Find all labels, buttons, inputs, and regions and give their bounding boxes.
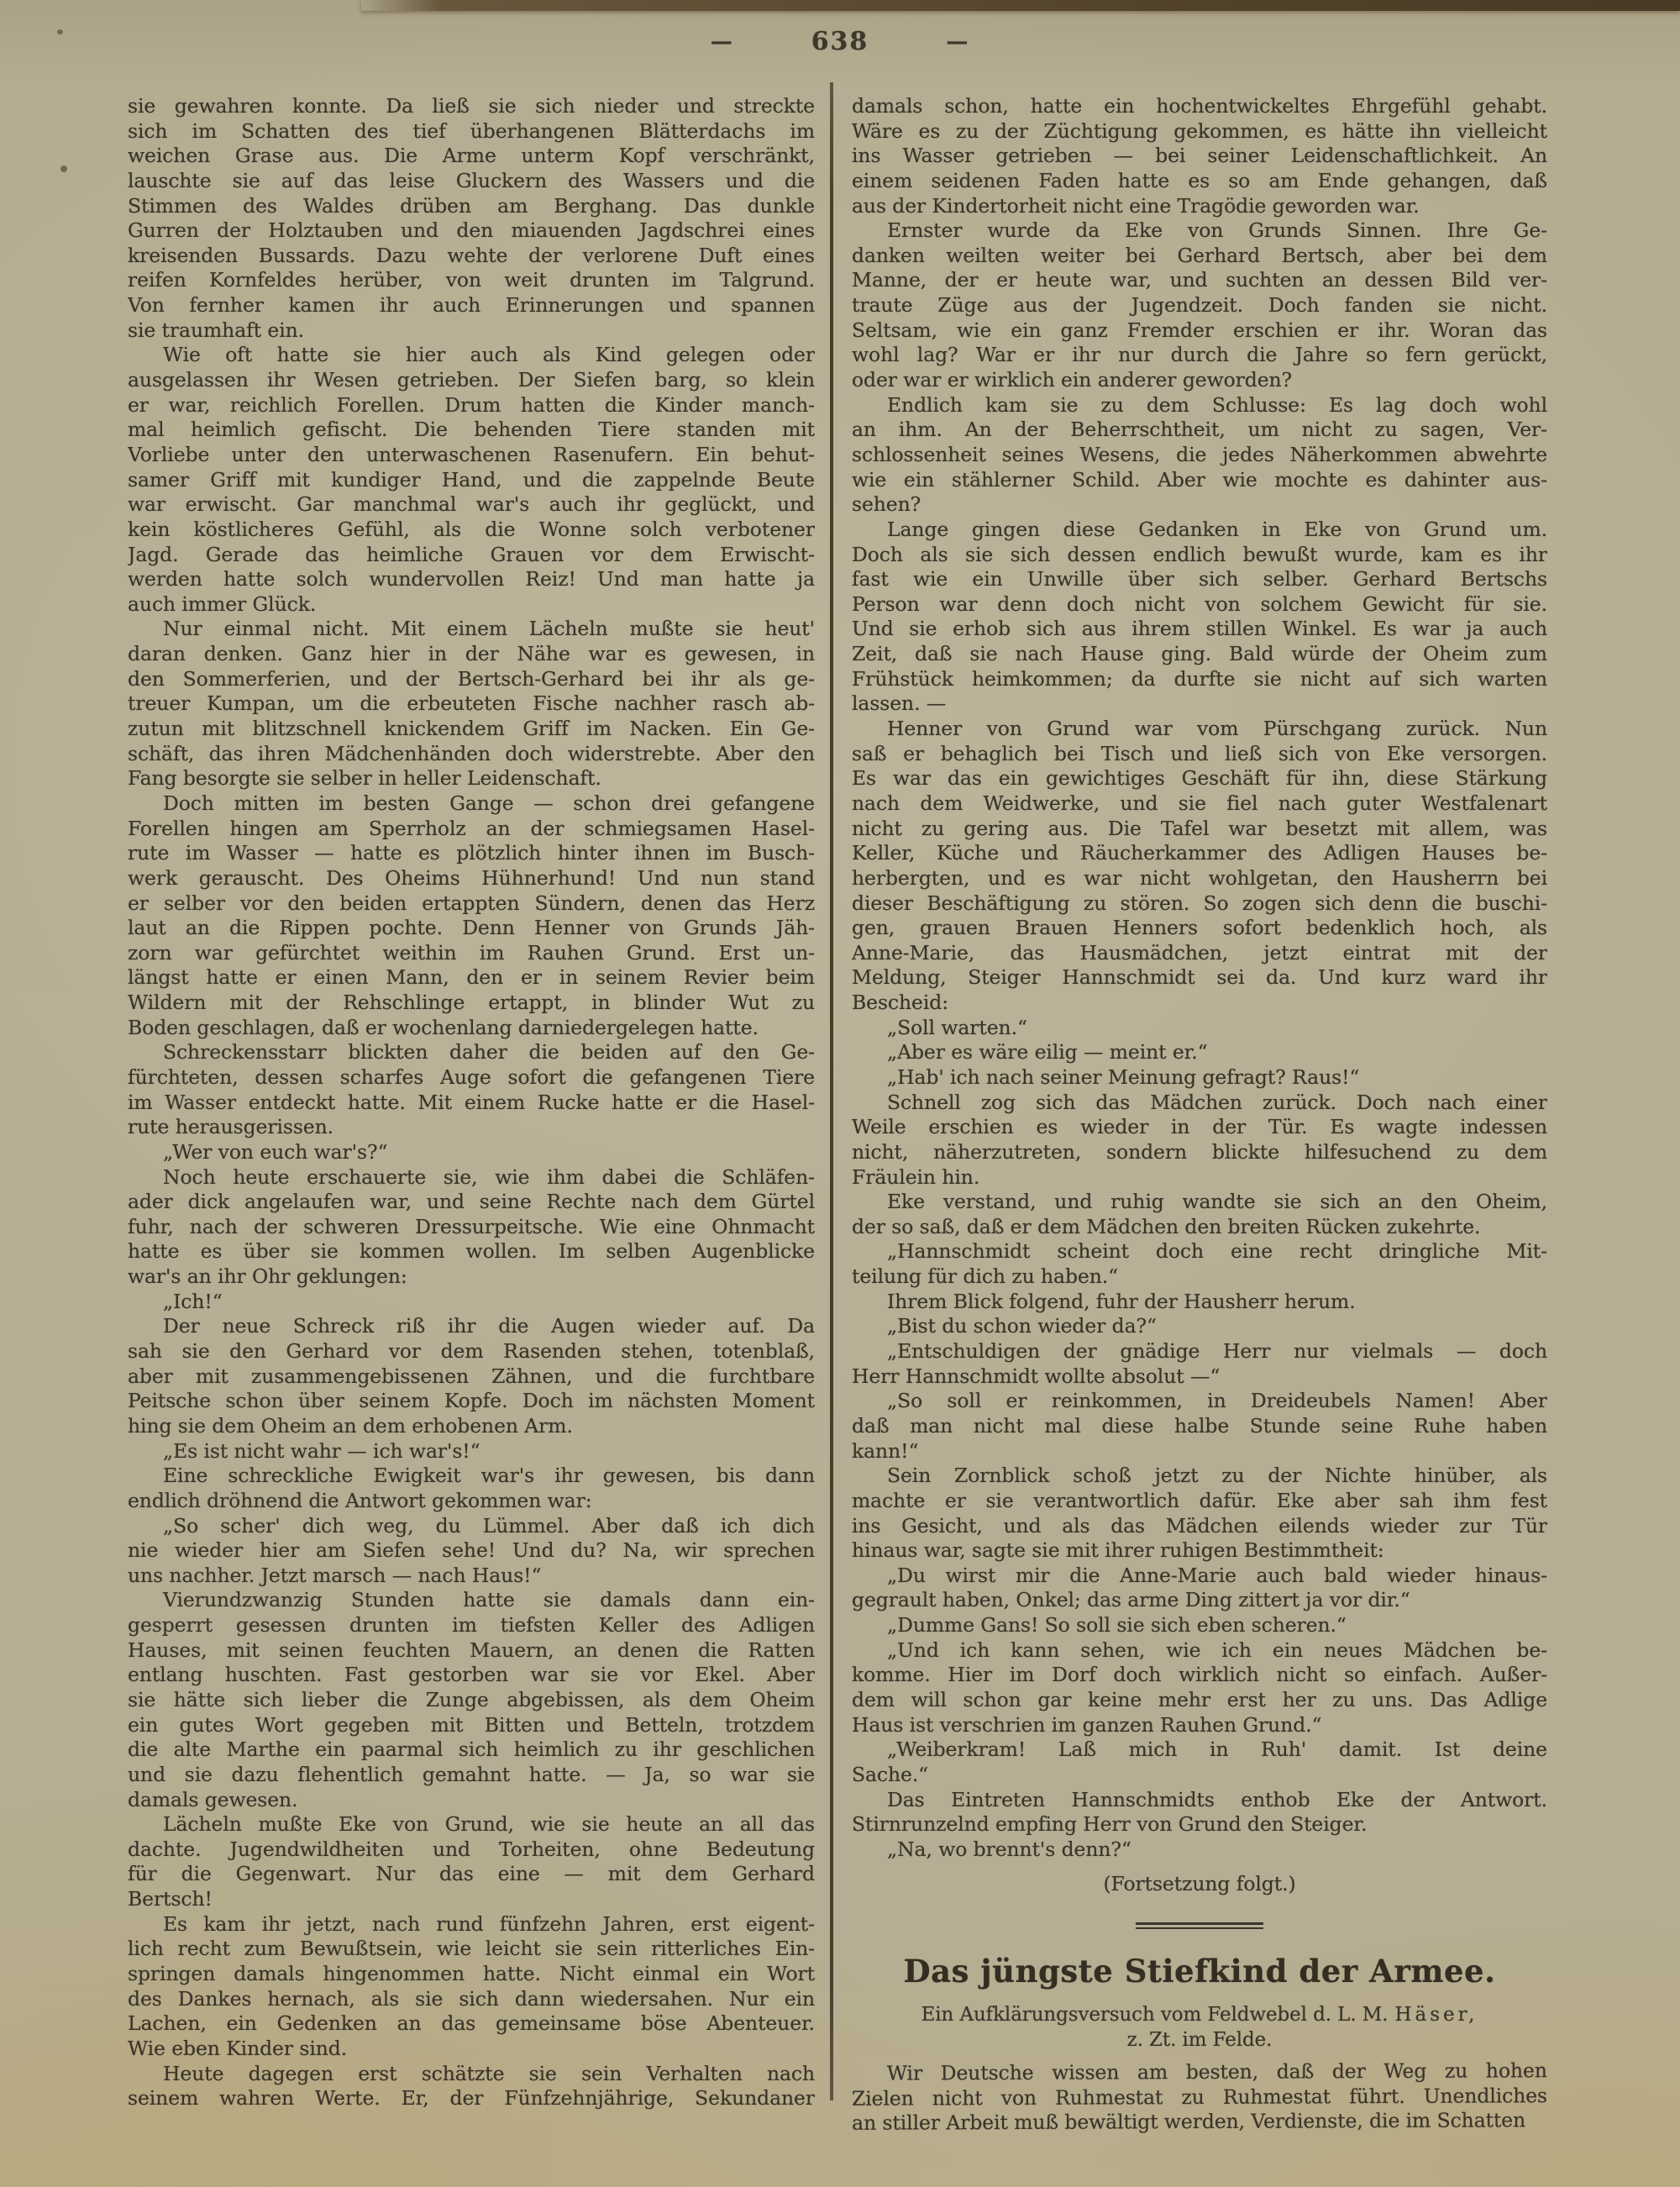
text-line: fuhr, nach der schweren Dressurpeitsche.… <box>128 1215 815 1240</box>
text-line: damals gewesen. <box>128 1788 815 1813</box>
text-line: schäft, das ihren Mädchenhänden doch wid… <box>128 742 815 767</box>
text-line: uns nachher. Jetzt marsch — nach Haus!“ <box>128 1564 815 1589</box>
text-line: er war, reichlich Forellen. Drum hatten … <box>128 393 815 418</box>
continuation-note: (Fortsetzung folgt.) <box>852 1872 1547 1897</box>
text-line: „So soll er reinkommen, in Dreideubels N… <box>852 1389 1547 1414</box>
text-line: Noch heute erschauerte sie, wie ihm dabe… <box>128 1165 815 1191</box>
text-line: wohl lag? War er ihr nur durch die Jahre… <box>852 343 1547 368</box>
text-line: Bescheid: <box>852 991 1547 1016</box>
text-line: kreisenden Bussards. Dazu wehte der verl… <box>128 244 815 269</box>
text-line: „Es ist nicht wahr — ich war's!“ <box>128 1439 815 1464</box>
text-line: „Aber es wäre eilig — meint er.“ <box>852 1040 1547 1065</box>
text-line: Wildern mit der Rehschlinge ertappt, in … <box>128 991 815 1016</box>
text-line: endlich dröhnend die Antwort gekommen wa… <box>128 1489 815 1514</box>
text-line: Das Eintreten Hannschmidts enthob Eke de… <box>852 1788 1547 1813</box>
text-line: „Bist du schon wieder da?“ <box>852 1314 1547 1339</box>
text-line: Ernster wurde da Eke von Grunds Sinnen. … <box>852 218 1547 244</box>
text-line: Von fernher kamen ihr auch Erinnerungen … <box>128 293 815 318</box>
text-line: Sein Zornblick schoß jetzt zu der Nichte… <box>852 1464 1547 1489</box>
text-line: Zielen nicht von Ruhmestat zu Ruhmestat … <box>852 2084 1547 2111</box>
text-line: den Sommerferien, und der Bertsch-Gerhar… <box>128 667 815 692</box>
text-line: Bertsch! <box>128 1887 815 1912</box>
text-line: des Dankes hernach, als sie sich dann wi… <box>128 1987 815 2012</box>
text-line: Jagd. Gerade das heimliche Grauen vor de… <box>128 543 815 568</box>
text-line: Frühstück heimkommen; da durfte sie nich… <box>852 667 1547 692</box>
text-line: mal heimlich gefischt. Die behenden Tier… <box>128 418 815 443</box>
text-line: hinaus war, sagte sie mit ihrer ruhigen … <box>852 1538 1547 1564</box>
text-line: und sie dazu flehentlich gemahnt hatte. … <box>128 1763 815 1788</box>
text-line: sehen? <box>852 492 1547 518</box>
text-line: „Weiberkram! Laß mich in Ruh' damit. Ist… <box>852 1738 1547 1763</box>
text-line: dem will schon gar keine mehr erst her z… <box>852 1688 1547 1713</box>
text-line: fast wie ein Unwille über sich selber. G… <box>852 567 1547 592</box>
paper-speck <box>60 166 67 172</box>
text-line: sah sie den Gerhard vor dem Rasenden ste… <box>128 1339 815 1364</box>
text-line: Zeit, daß sie nach Hause ging. Bald würd… <box>852 642 1547 667</box>
text-line: „Wer von euch war's?“ <box>128 1140 815 1165</box>
article-body: Wir Deutsche wissen am besten, daß der W… <box>852 2058 1547 2137</box>
text-line: Lachen, ein Gedenken an das gemeinsame b… <box>128 2011 815 2037</box>
text-line: Fräulein hin. <box>852 1165 1547 1191</box>
text-line: einem seidenen Faden hatte es so am Ende… <box>852 169 1547 194</box>
text-line: seinem wahren Werte. Er, der Fünfzehnjäh… <box>128 2086 815 2111</box>
text-line: gegrault haben, Onkel; das arme Ding zit… <box>852 1588 1547 1613</box>
text-line: auch immer Glück. <box>128 592 815 618</box>
text-line: war's an ihr Ohr geklungen: <box>128 1264 815 1290</box>
text-line: damals schon, hatte ein hochentwickeltes… <box>852 94 1547 119</box>
text-line: wie ein stählerner Schild. Aber wie moch… <box>852 468 1547 493</box>
text-line: machte er sie verantwortlich dafür. Eke … <box>852 1489 1547 1514</box>
text-line: sie gewahren konnte. Da ließ sie sich ni… <box>128 94 815 119</box>
text-line: ein gutes Wort gegeben mit Bitten und Be… <box>128 1713 815 1738</box>
text-line: längst hatte er einen Mann, den er in se… <box>128 965 815 991</box>
scanned-page: — 638 — sie gewahren konnte. Da ließ sie… <box>0 0 1680 2187</box>
article-byline-author: Häser, <box>1394 2004 1478 2026</box>
text-line: nicht zu gering aus. Die Tafel war beset… <box>852 817 1547 842</box>
left-column: sie gewahren konnte. Da ließ sie sich ni… <box>128 94 815 2111</box>
text-line: Stirnrunzelnd empfing Herr von Grund den… <box>852 1812 1547 1837</box>
text-line: lauschte sie auf das leise Gluckern des … <box>128 169 815 194</box>
page-header: — 638 — <box>711 27 970 56</box>
text-line: Fang besorgte sie selber in heller Leide… <box>128 766 815 791</box>
text-line: teilung für dich zu haben.“ <box>852 1264 1547 1290</box>
text-line: hing sie dem Oheim an dem erhobenen Arm. <box>128 1414 815 1439</box>
text-line: Doch mitten im besten Gange — schon drei… <box>128 791 815 817</box>
text-line: Wäre es zu der Züchtigung gekommen, es h… <box>852 119 1547 145</box>
text-line: rute im Wasser — hatte es plötzlich hint… <box>128 841 815 866</box>
section-separator-rule <box>1136 1922 1263 1929</box>
header-dash-right: — <box>946 29 969 55</box>
text-line: Anne-Marie, das Hausmädchen, jetzt eintr… <box>852 941 1547 966</box>
text-line: war erwischt. Gar manchmal war's auch ih… <box>128 492 815 518</box>
article-byline: Ein Aufklärungsversuch vom Feldwebel d. … <box>852 2002 1547 2027</box>
text-line: zorn war gefürchtet weithin im Rauhen Gr… <box>128 941 815 966</box>
text-line: weichen Grase aus. Die Arme unterm Kopf … <box>128 144 815 169</box>
text-line: ins Wasser getrieben — bei seiner Leiden… <box>852 144 1547 169</box>
text-line: ins Gesicht, und als das Mädchen eilends… <box>852 1514 1547 1539</box>
text-line: „Hannschmidt scheint doch eine recht dri… <box>852 1239 1547 1264</box>
text-line: „Soll warten.“ <box>852 1016 1547 1041</box>
text-line: Haus ist verschrien im ganzen Rauhen Gru… <box>852 1713 1547 1738</box>
text-line: Weile erschien es wieder in der Tür. Es … <box>852 1115 1547 1140</box>
text-line: saß er behaglich bei Tisch und ließ sich… <box>852 742 1547 767</box>
text-line: gesperrt gesessen drunten im tiefsten Ke… <box>128 1613 815 1638</box>
text-line: Stimmen des Waldes drüben am Berghang. D… <box>128 194 815 219</box>
article-title: Das jüngste Stiefkind der Armee. <box>852 1953 1547 1990</box>
text-line: entlang huschten. Fast gestorben war sie… <box>128 1663 815 1688</box>
text-line: Endlich kam sie zu dem Schlusse: Es lag … <box>852 393 1547 418</box>
text-line: oder war er wirklich ein anderer geworde… <box>852 368 1547 393</box>
text-line: sie traumhaft ein. <box>128 318 815 344</box>
text-line: kann!“ <box>852 1439 1547 1464</box>
text-line: herbergten, und es war nicht wohlgetan, … <box>852 866 1547 891</box>
text-line: Keller, Küche und Räucherkammer des Adli… <box>852 841 1547 866</box>
text-line: Lange gingen diese Gedanken in Eke von G… <box>852 518 1547 543</box>
text-line: Heute dagegen erst schätzte sie sein Ver… <box>128 2062 815 2087</box>
text-line: Boden geschlagen, daß er wochenlang darn… <box>128 1016 815 1041</box>
text-line: samer Griff mit kundiger Hand, und die z… <box>128 468 815 493</box>
text-line: Der neue Schreck riß ihr die Augen wiede… <box>128 1314 815 1339</box>
text-line: Schreckensstarr blickten daher die beide… <box>128 1040 815 1065</box>
text-line: Eke verstand, und ruhig wandte sie sich … <box>852 1190 1547 1215</box>
article-byline-place: z. Zt. im Felde. <box>852 2027 1547 2053</box>
text-line: an stiller Arbeit muß bewältigt werden, … <box>852 2109 1547 2137</box>
text-line: Forellen hingen am Sperrholz an der schm… <box>128 817 815 842</box>
text-line: sie hätte sich lieber die Zunge abgebiss… <box>128 1688 815 1713</box>
text-line: kein köstlicheres Gefühl, als die Wonne … <box>128 518 815 543</box>
text-line: „So scher' dich weg, du Lümmel. Aber daß… <box>128 1514 815 1539</box>
text-line: Lächeln mußte Eke von Grund, wie sie heu… <box>128 1812 815 1837</box>
text-line: „Hab' ich nach seiner Meinung gefragt? R… <box>852 1065 1547 1091</box>
text-line: sich im Schatten des tief überhangenen B… <box>128 119 815 145</box>
right-column: damals schon, hatte ein hochentwickeltes… <box>852 94 1547 2135</box>
text-line: hatte es über sie kommen wollen. Im selb… <box>128 1239 815 1264</box>
text-line: Wie eben Kinder sind. <box>128 2037 815 2062</box>
text-line: Sache.“ <box>852 1763 1547 1788</box>
text-line: Henner von Grund war vom Pürschgang zurü… <box>852 717 1547 742</box>
text-line: traute Züge aus der Jugendzeit. Doch fan… <box>852 293 1547 318</box>
text-line: „Du wirst mir die Anne-Marie auch bald w… <box>852 1564 1547 1589</box>
text-line: daß man nicht mal diese halbe Stunde sei… <box>852 1414 1547 1439</box>
text-line: Es kam ihr jetzt, nach rund fünfzehn Jah… <box>128 1912 815 1937</box>
right-column-text: damals schon, hatte ein hochentwickeltes… <box>852 94 1547 1862</box>
text-line: gen, grauen Brauen Henners sofort bedenk… <box>852 916 1547 941</box>
text-line: aber mit zusammengebissenen Zähnen, und … <box>128 1364 815 1390</box>
text-line: Manne, der er heute war, und suchten an … <box>852 268 1547 293</box>
text-line: der so saß, daß er dem Mädchen den breit… <box>852 1215 1547 1240</box>
text-line: an ihm. An der Beherrschtheit, um nicht … <box>852 418 1547 443</box>
text-line: werden hatte solch wundervollen Reiz! Un… <box>128 567 815 592</box>
text-line: Schnell zog sich das Mädchen zurück. Doc… <box>852 1091 1547 1116</box>
text-line: Doch als sie sich dessen endlich bewußt … <box>852 543 1547 568</box>
text-line: springen damals hingenommen hatte. Nicht… <box>128 1962 815 1987</box>
text-line: Seltsam, wie ein ganz Fremder erschien e… <box>852 318 1547 344</box>
column-divider-rule <box>830 82 833 2100</box>
text-line: werk gerauscht. Des Oheims Hühnerhund! U… <box>128 866 815 891</box>
text-line: zutun mit blitzschnell knickendem Griff … <box>128 717 815 742</box>
text-line: für die Gegenwart. Nur das eine — mit de… <box>128 1862 815 1887</box>
text-line: Wie oft hatte sie hier auch als Kind gel… <box>128 343 815 368</box>
text-line: danken weilten weiter bei Gerhard Bertsc… <box>852 244 1547 269</box>
text-line: Gurren der Holztauben und den miauenden … <box>128 218 815 244</box>
text-line: Person war denn doch nicht von solchem G… <box>852 592 1547 618</box>
text-line: reifen Kornfeldes herüber, von weit drun… <box>128 268 815 293</box>
text-line: Eine schreckliche Ewigkeit war's ihr gew… <box>128 1464 815 1489</box>
text-line: Hauses, mit seinen feuchten Mauern, an d… <box>128 1638 815 1664</box>
page-top-edge-shadow <box>361 0 1680 11</box>
text-line: nicht, näherzutreten, sondern blickte hi… <box>852 1140 1547 1165</box>
text-line: „Ich!“ <box>128 1290 815 1315</box>
text-line: Nur einmal nicht. Mit einem Lächeln mußt… <box>128 617 815 642</box>
text-line: laut an die Rippen pochte. Denn Henner v… <box>128 916 815 941</box>
text-line: „Dumme Gans! So soll sie sich eben scher… <box>852 1613 1547 1638</box>
text-line: „Entschuldigen der gnädige Herr nur viel… <box>852 1339 1547 1364</box>
header-dash-left: — <box>711 29 734 55</box>
text-line: lich recht zum Bewußtsein, wie leicht si… <box>128 1937 815 1962</box>
text-line: nie wieder hier am Siefen sehe! Und du? … <box>128 1538 815 1564</box>
text-line: schlossenheit seines Wesens, die jedes N… <box>852 443 1547 468</box>
text-line: Wir Deutsche wissen am besten, daß der W… <box>852 2058 1547 2086</box>
text-line: ausgelassen ihr Wesen getrieben. Der Sie… <box>128 368 815 393</box>
text-line: dachte. Jugendwildheiten und Torheiten, … <box>128 1837 815 1863</box>
text-line: Vorliebe unter den unterwaschenen Rasenu… <box>128 443 815 468</box>
text-line: Meldung, Steiger Hannschmidt sei da. Und… <box>852 965 1547 991</box>
text-line: Ihrem Blick folgend, fuhr der Hausherr h… <box>852 1290 1547 1315</box>
text-line: ader dick angelaufen war, und seine Rech… <box>128 1190 815 1215</box>
text-line: treuer Kumpan, um die erbeuteten Fische … <box>128 691 815 717</box>
text-line: „Und ich kann sehen, wie ich ein neues M… <box>852 1638 1547 1664</box>
text-line: die alte Marthe ein paarmal sich heimlic… <box>128 1738 815 1763</box>
article-byline-prefix: Ein Aufklärungsversuch vom Feldwebel d. … <box>921 2004 1389 2026</box>
text-line: dieser Beschäftigung zu stören. So zogen… <box>852 891 1547 917</box>
text-line: Vierundzwanzig Stunden hatte sie damals … <box>128 1588 815 1613</box>
text-line: „Na, wo brennt's denn?“ <box>852 1837 1547 1863</box>
text-line: daran denken. Ganz hier in der Nähe war … <box>128 642 815 667</box>
text-line: Es war das ein gewichtiges Geschäft für … <box>852 766 1547 791</box>
text-line: er selber vor den beiden ertappten Sünde… <box>128 891 815 917</box>
text-line: fürchteten, dessen scharfes Auge sofort … <box>128 1065 815 1091</box>
text-line: rute herausgerissen. <box>128 1115 815 1140</box>
text-line: komme. Hier im Dorf doch wirklich nicht … <box>852 1663 1547 1688</box>
text-line: aus der Kindertorheit nicht eine Tragödi… <box>852 194 1547 219</box>
text-line: Und sie erhob sich aus ihrem stillen Win… <box>852 617 1547 642</box>
text-line: im Wasser entdeckt hatte. Mit einem Ruck… <box>128 1091 815 1116</box>
page-number: 638 <box>811 27 869 56</box>
text-line: nach dem Weidwerke, und sie fiel nach gu… <box>852 791 1547 817</box>
paper-speck <box>57 29 63 34</box>
text-line: Herr Hannschmidt wollte absolut —“ <box>852 1364 1547 1390</box>
text-line: lassen. — <box>852 691 1547 717</box>
text-line: Peitsche schon über seinem Kopfe. Doch i… <box>128 1389 815 1414</box>
